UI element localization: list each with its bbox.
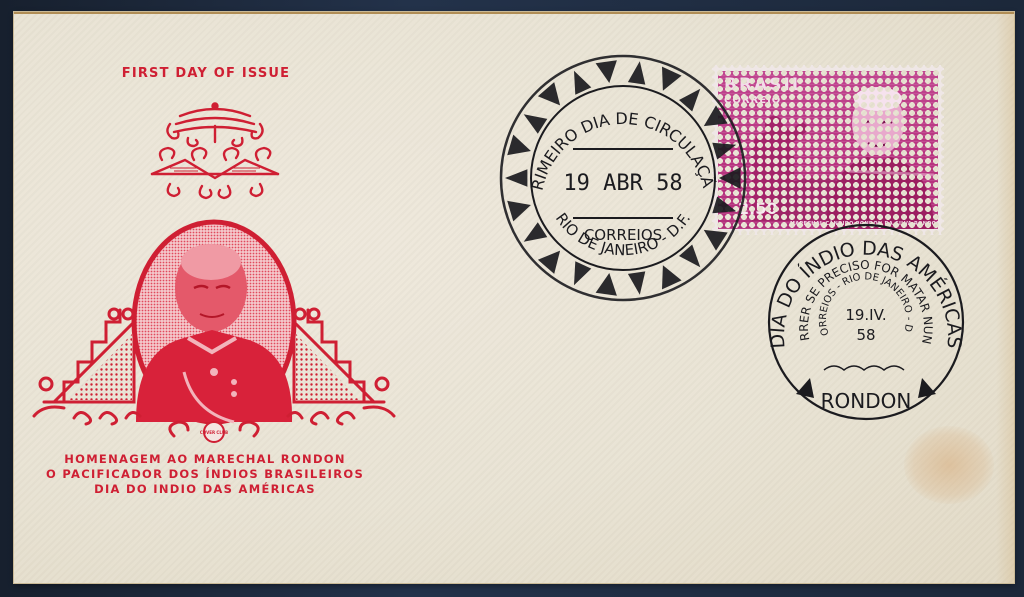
- rondon-portrait-cachet: COVER CLUB: [24, 222, 404, 446]
- postmark-bottom: RONDON: [821, 389, 912, 413]
- foxing-stain: [904, 426, 994, 504]
- cachet-heading: FIRST DAY OF ISSUE: [106, 66, 306, 81]
- first-day-postmark: PRIMEIRO DIA DE CIRCULAÇÃO 19 ABR 58 COR…: [498, 53, 748, 303]
- postmark-date-line-2: 58: [856, 326, 875, 344]
- crown-ornament-icon: [140, 98, 290, 218]
- caption-line-3: DIA DO INDIO DAS AMÉRICAS: [20, 482, 390, 497]
- maker-mark: COVER CLUB: [200, 430, 228, 435]
- postmark-date: 19 ABR 58: [563, 171, 682, 196]
- stamp-design: BRASIL CORREIO 2.50 MARECHAL CÂNDIDO RON…: [718, 71, 938, 229]
- caption-line-2: O PACIFICADOR DOS ÍNDIOS BRASILEIROS: [20, 467, 390, 482]
- postmark-date-line-1: 19.IV.: [845, 306, 886, 324]
- caption-line-1: HOMENAGEM AO MARECHAL RONDON: [20, 452, 390, 467]
- cachet-caption: HOMENAGEM AO MARECHAL RONDON O PACIFICAD…: [20, 452, 390, 497]
- envelope-edge-shade: [996, 14, 1014, 583]
- commemorative-postmark: DIA DO ÍNDIO DAS AMÉRICAS MORRER SE PREC…: [766, 222, 966, 422]
